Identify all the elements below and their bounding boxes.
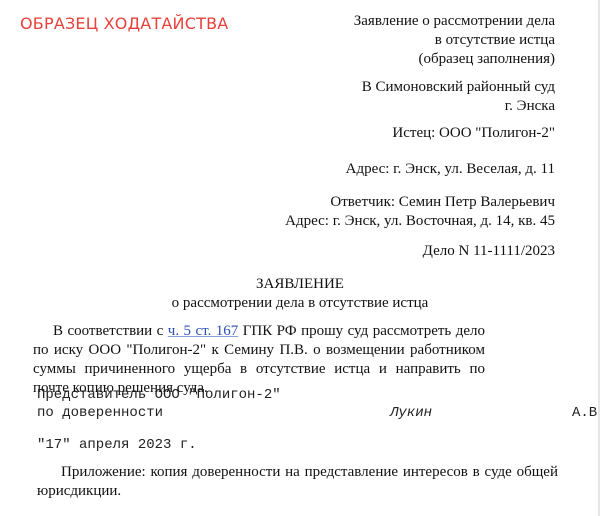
document-caption: Заявление о рассмотрении дела в отсутств… (354, 12, 555, 69)
defendant-block: Ответчик: Семин Петр Валерьевич Адрес: г… (285, 193, 555, 231)
signature-initials: А.В (572, 404, 597, 422)
caption-line: в отсутствие истца (354, 31, 555, 50)
court-city: г. Энска (362, 97, 555, 116)
appendix: Приложение: копия доверенности на предст… (37, 463, 558, 501)
plaintiff-address: Адрес: г. Энск, ул. Веселая, д. 11 (346, 160, 555, 179)
sample-stamp: ОБРАЗЕЦ ХОДАТАЙСТВА (20, 14, 228, 33)
caption-line: (образец заполнения) (354, 50, 555, 69)
title-subtitle: о рассмотрении дела в отсутствие истца (0, 294, 600, 313)
law-reference-link[interactable]: ч. 5 ст. 167 (168, 323, 238, 339)
document-title: ЗАЯВЛЕНИЕ о рассмотрении дела в отсутств… (0, 275, 600, 313)
plaintiff: Истец: ООО "Полигон-2" (392, 124, 555, 143)
case-number: Дело N 11-1111/2023 (423, 242, 555, 261)
signature-name: Лукин (390, 404, 432, 422)
signature-role: Представитель ООО "Полигон-2" (37, 386, 281, 404)
defendant: Ответчик: Семин Петр Валерьевич (285, 193, 555, 212)
document-page: ОБРАЗЕЦ ХОДАТАЙСТВА Заявление о рассмотр… (0, 0, 598, 516)
title-main: ЗАЯВЛЕНИЕ (0, 275, 600, 294)
court-name: В Симоновский районный суд (362, 78, 555, 97)
defendant-address: Адрес: г. Энск, ул. Восточная, д. 14, кв… (285, 212, 555, 231)
court-addressee: В Симоновский районный суд г. Энска (362, 78, 555, 116)
caption-line: Заявление о рассмотрении дела (354, 12, 555, 31)
signature-basis: по доверенности (37, 404, 163, 422)
document-date: "17" апреля 2023 г. (37, 436, 197, 454)
body-text-start: В соответствии с (53, 323, 168, 339)
